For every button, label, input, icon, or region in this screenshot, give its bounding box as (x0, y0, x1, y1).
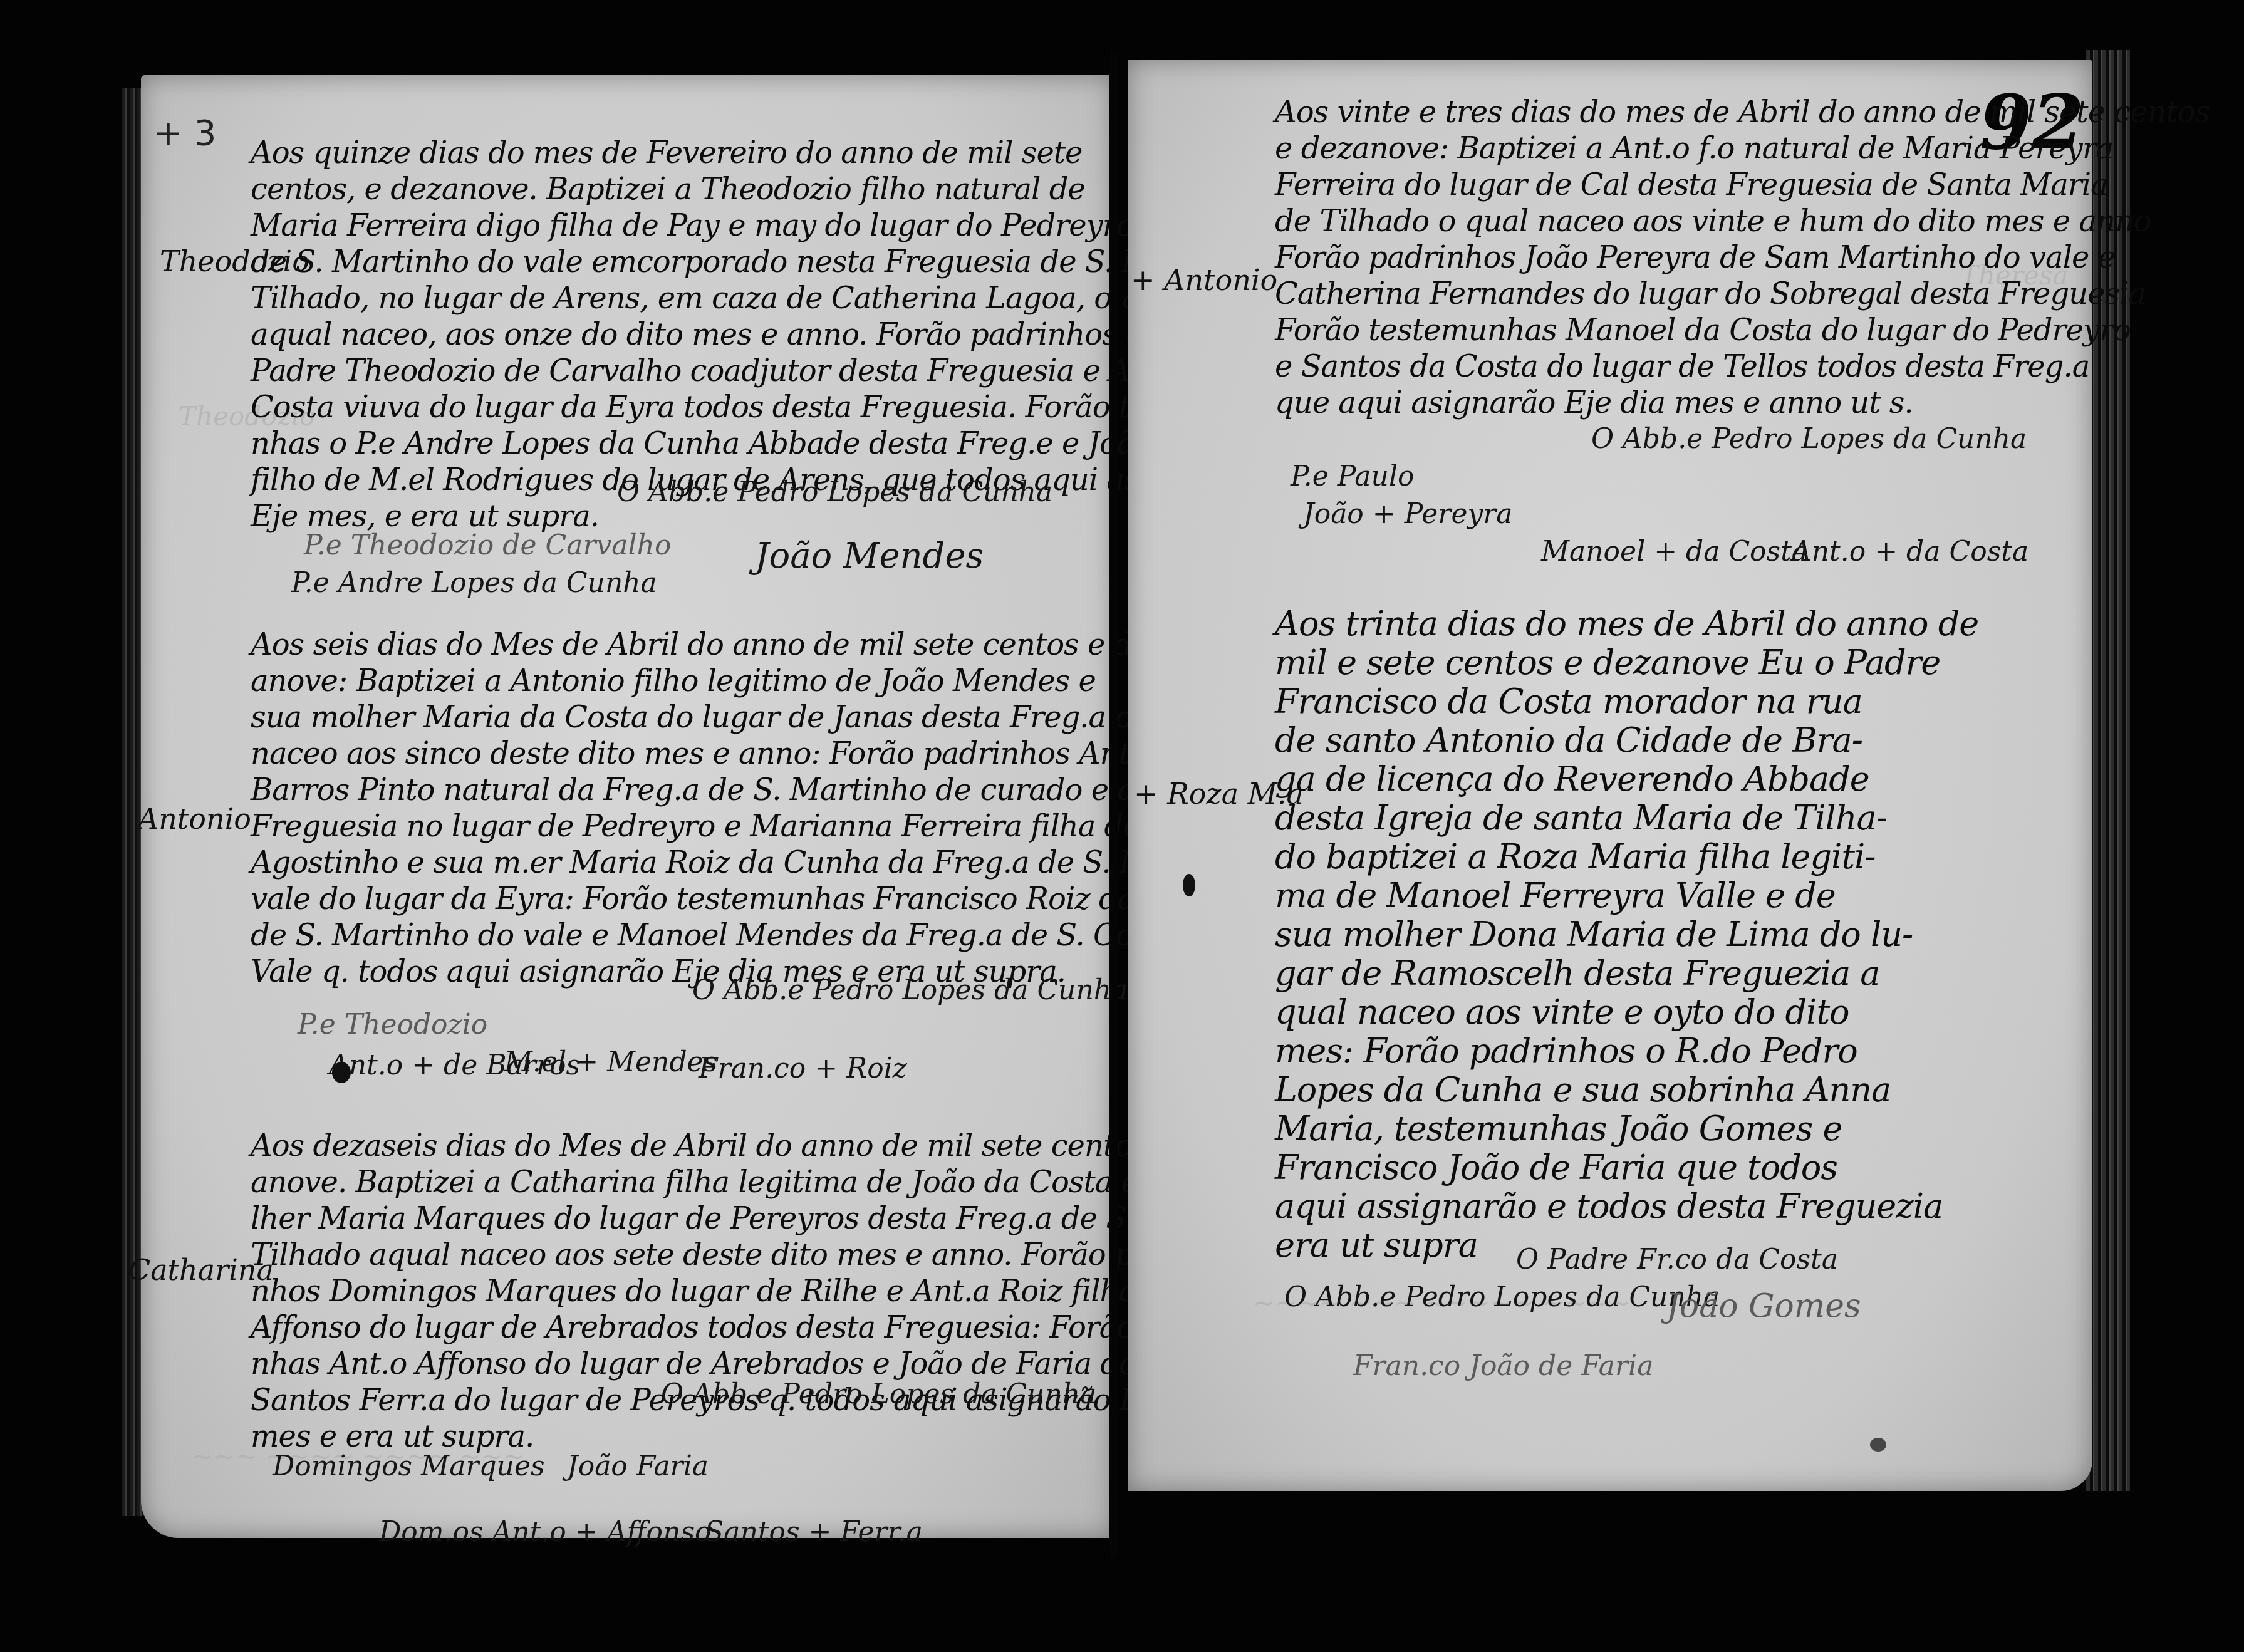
signature-abbot: O Abb.e Pedro Lopes da Cunha (692, 974, 1128, 1006)
entry-line: mes: Forão padrinhos o R.do Pedro (1275, 1032, 1978, 1071)
signature: P.e Theodozio de Carvalho (304, 529, 671, 561)
entry-line: sua molher Dona Maria de Lima do lu- (1275, 915, 1978, 954)
entry-line: que aqui asignarão Eje dia mes e anno ut… (1275, 385, 2210, 421)
right-page: 92 Theresa ~~~~ ~~~ ~~~~~ ~~~~ + Antonio… (1128, 60, 2092, 1491)
entry-line: Lopes da Cunha e sua sobrinha Anna (1275, 1071, 1978, 1109)
entry-line: e Santos da Costa do lugar de Tellos tod… (1275, 348, 2210, 385)
signature-mark: M.el + Mendes (504, 1046, 717, 1078)
entry-line: Forão padrinhos João Pereyra de Sam Mart… (1275, 239, 2210, 276)
left-page: + 3 Theodozio ~~~ ~~~~ ~~~~ ~~~ Theodozi… (141, 75, 1114, 1538)
signature-mark: Ant.o + da Costa (1792, 536, 2028, 568)
entry-line: ma de Manoel Ferreyra Valle e de (1275, 876, 1978, 915)
signature-abbot: O Abb.e Pedro Lopes da Cunha (1591, 423, 2027, 455)
signature: João Gomes (1666, 1287, 1861, 1325)
signature: P.e Andre Lopes da Cunha (291, 567, 657, 599)
entry-line: Aos trinta dias do mes de Abril do anno … (1275, 605, 1978, 643)
entry-line: Francisco da Costa morador na rua (1275, 682, 1978, 721)
entry-line: Catherina Fernandes do lugar do Sobregal… (1275, 276, 2210, 312)
entry-line: do baptizei a Roza Maria filha legiti- (1275, 838, 1978, 876)
margin-baptized-name: + Antonio (1131, 263, 1277, 297)
ink-blot (332, 1062, 351, 1083)
margin-baptized-name: Antonio (138, 802, 251, 836)
corner-cross-mark: + 3 (153, 113, 216, 153)
signature-abbot: O Abb.e Pedro Lopes da Cunha (617, 476, 1052, 508)
entry-line: Maria, testemunhas João Gomes e (1275, 1109, 1978, 1148)
signature-mark: Santos + Ferr.a (705, 1516, 923, 1548)
entry-line: gar de Ramoscelh desta Freguezia a (1275, 954, 1978, 993)
signature-mark: Dom.os Ant.o + Affonso (379, 1516, 712, 1548)
signature-abbot: O Abb.e Pedro Lopes da Cunha (661, 1378, 1096, 1410)
entry-line: Ferreira do lugar de Cal desta Freguesia… (1275, 167, 2210, 203)
entry-line: Forão testemunhas Manoel da Costa do lug… (1275, 312, 2210, 348)
signature: P.e Paulo (1291, 460, 1414, 492)
baptism-entry: Aos vinte e tres dias do mes de Abril do… (1275, 94, 2210, 421)
entry-line: Francisco João de Faria que todos (1275, 1148, 1978, 1187)
signature: P.e Theodozio (298, 1009, 487, 1041)
signature-abbot: O Abb.e Pedro Lopes da Cunha (1284, 1281, 1720, 1313)
ink-blot (1183, 874, 1195, 896)
entry-line: Aos vinte e tres dias do mes de Abril do… (1275, 94, 2210, 130)
signature: Fran.co João de Faria (1353, 1350, 1653, 1382)
signature: Domingos Marques (273, 1450, 545, 1482)
entry-line: aqui assignarão e todos desta Freguezia (1275, 1187, 1978, 1226)
baptism-entry: Aos trinta dias do mes de Abril do anno … (1275, 605, 1978, 1265)
entry-line: de Tilhado o qual naceo aos vinte e hum … (1275, 203, 2210, 239)
book-gutter (1109, 53, 1118, 1557)
entry-line: qual naceo aos vinte e oyto do dito (1275, 993, 1978, 1032)
entry-line: ga de licença do Reverendo Abbade (1275, 760, 1978, 799)
entry-line: de santo Antonio da Cidade de Bra- (1275, 721, 1978, 760)
signature-mark: Manoel + da Costa (1541, 536, 1808, 568)
ink-blot (1870, 1438, 1886, 1452)
signature: João Faria (567, 1450, 709, 1482)
signature: João Mendes (755, 536, 984, 576)
entry-line: mil e sete centos e dezanove Eu o Padre (1275, 643, 1978, 682)
entry-line: desta Igreja de santa Maria de Tilha- (1275, 799, 1978, 838)
signature-mark: João + Pereyra (1303, 498, 1513, 530)
entry-line: e dezanove: Baptizei a Ant.o f.o natural… (1275, 130, 2210, 167)
signature-mark: Fran.co + Roiz (699, 1052, 907, 1084)
signature-priest: O Padre Fr.co da Costa (1516, 1244, 1838, 1275)
